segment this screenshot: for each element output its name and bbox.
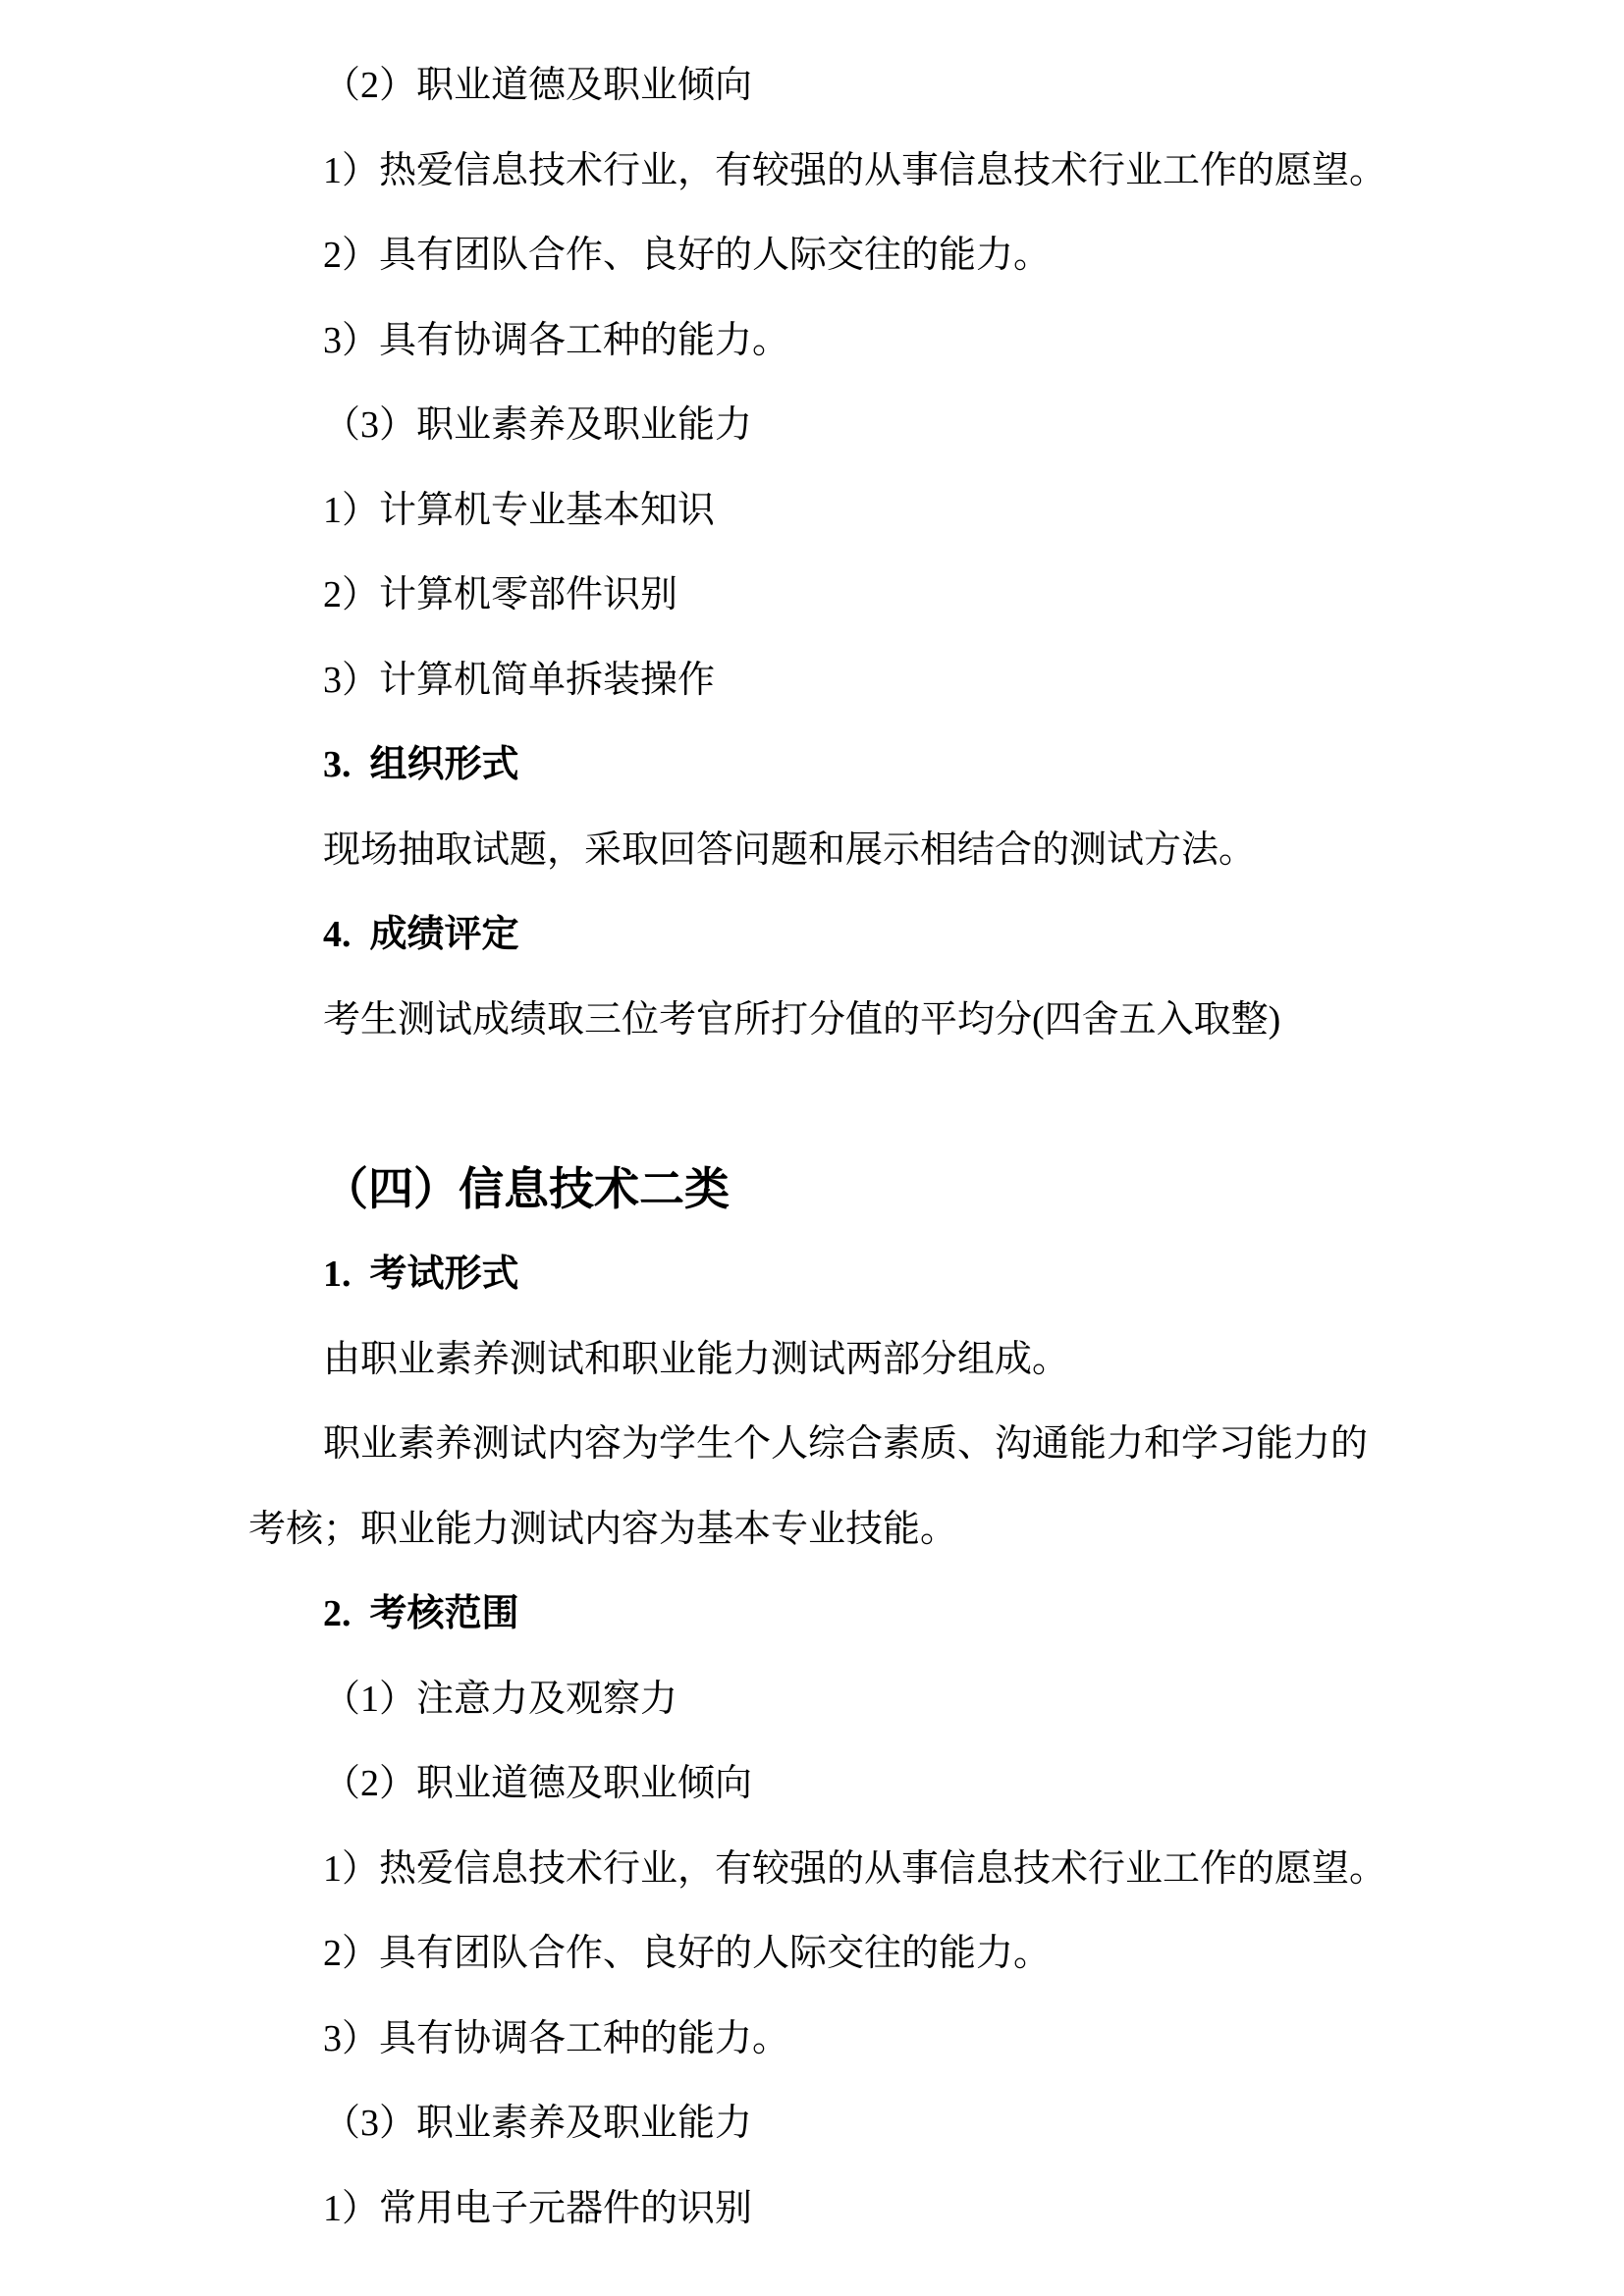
text-line: （3）职业素养及职业能力 [248,2081,1379,2166]
numbered-heading: 1. 考试形式 [248,1232,1379,1317]
text-line: 3）计算机简单拆装操作 [248,638,1379,723]
text-line: 2）具有团队合作、良好的人际交往的能力。 [248,213,1379,298]
text-line: 2）计算机零部件识别 [248,553,1379,638]
section-heading: （四）信息技术二类 [248,1148,1379,1233]
text-line: 职业素养测试内容为学生个人综合素质、沟通能力和学习能力的 [248,1402,1379,1487]
text-line: 1）计算机专业基本知识 [248,468,1379,554]
text-line: 3）具有协调各工种的能力。 [248,1997,1379,2082]
text-line: （3）职业素养及职业能力 [248,383,1379,468]
text-line: （2）职业道德及职业倾向 [248,1741,1379,1827]
text-line: 3）具有协调各工种的能力。 [248,298,1379,384]
text-line: 1）热爱信息技术行业，有较强的从事信息技术行业工作的愿望。 [248,1827,1379,1912]
text-line: 1）常用电子元器件的识别 [248,2166,1379,2252]
text-line: 考核；职业能力测试内容为基本专业技能。 [248,1487,1379,1573]
text-line: （2）职业道德及职业倾向 [248,43,1379,129]
text-line: 现场抽取试题，采取回答问题和展示相结合的测试方法。 [248,808,1379,893]
document-page: （2）职业道德及职业倾向1）热爱信息技术行业，有较强的从事信息技术行业工作的愿望… [0,0,1624,2296]
blank-line [248,1062,1379,1148]
numbered-heading: 3. 组织形式 [248,722,1379,808]
text-line: 1）热爱信息技术行业，有较强的从事信息技术行业工作的愿望。 [248,129,1379,214]
text-line: 考生测试成绩取三位考官所打分值的平均分(四舍五入取整) [248,978,1379,1063]
numbered-heading: 2. 考核范围 [248,1572,1379,1657]
document-content: （2）职业道德及职业倾向1）热爱信息技术行业，有较强的从事信息技术行业工作的愿望… [248,43,1379,2251]
text-line: 2）具有团队合作、良好的人际交往的能力。 [248,1911,1379,1997]
text-line: （1）注意力及观察力 [248,1657,1379,1742]
numbered-heading: 4. 成绩评定 [248,892,1379,978]
text-line: 由职业素养测试和职业能力测试两部分组成。 [248,1317,1379,1403]
